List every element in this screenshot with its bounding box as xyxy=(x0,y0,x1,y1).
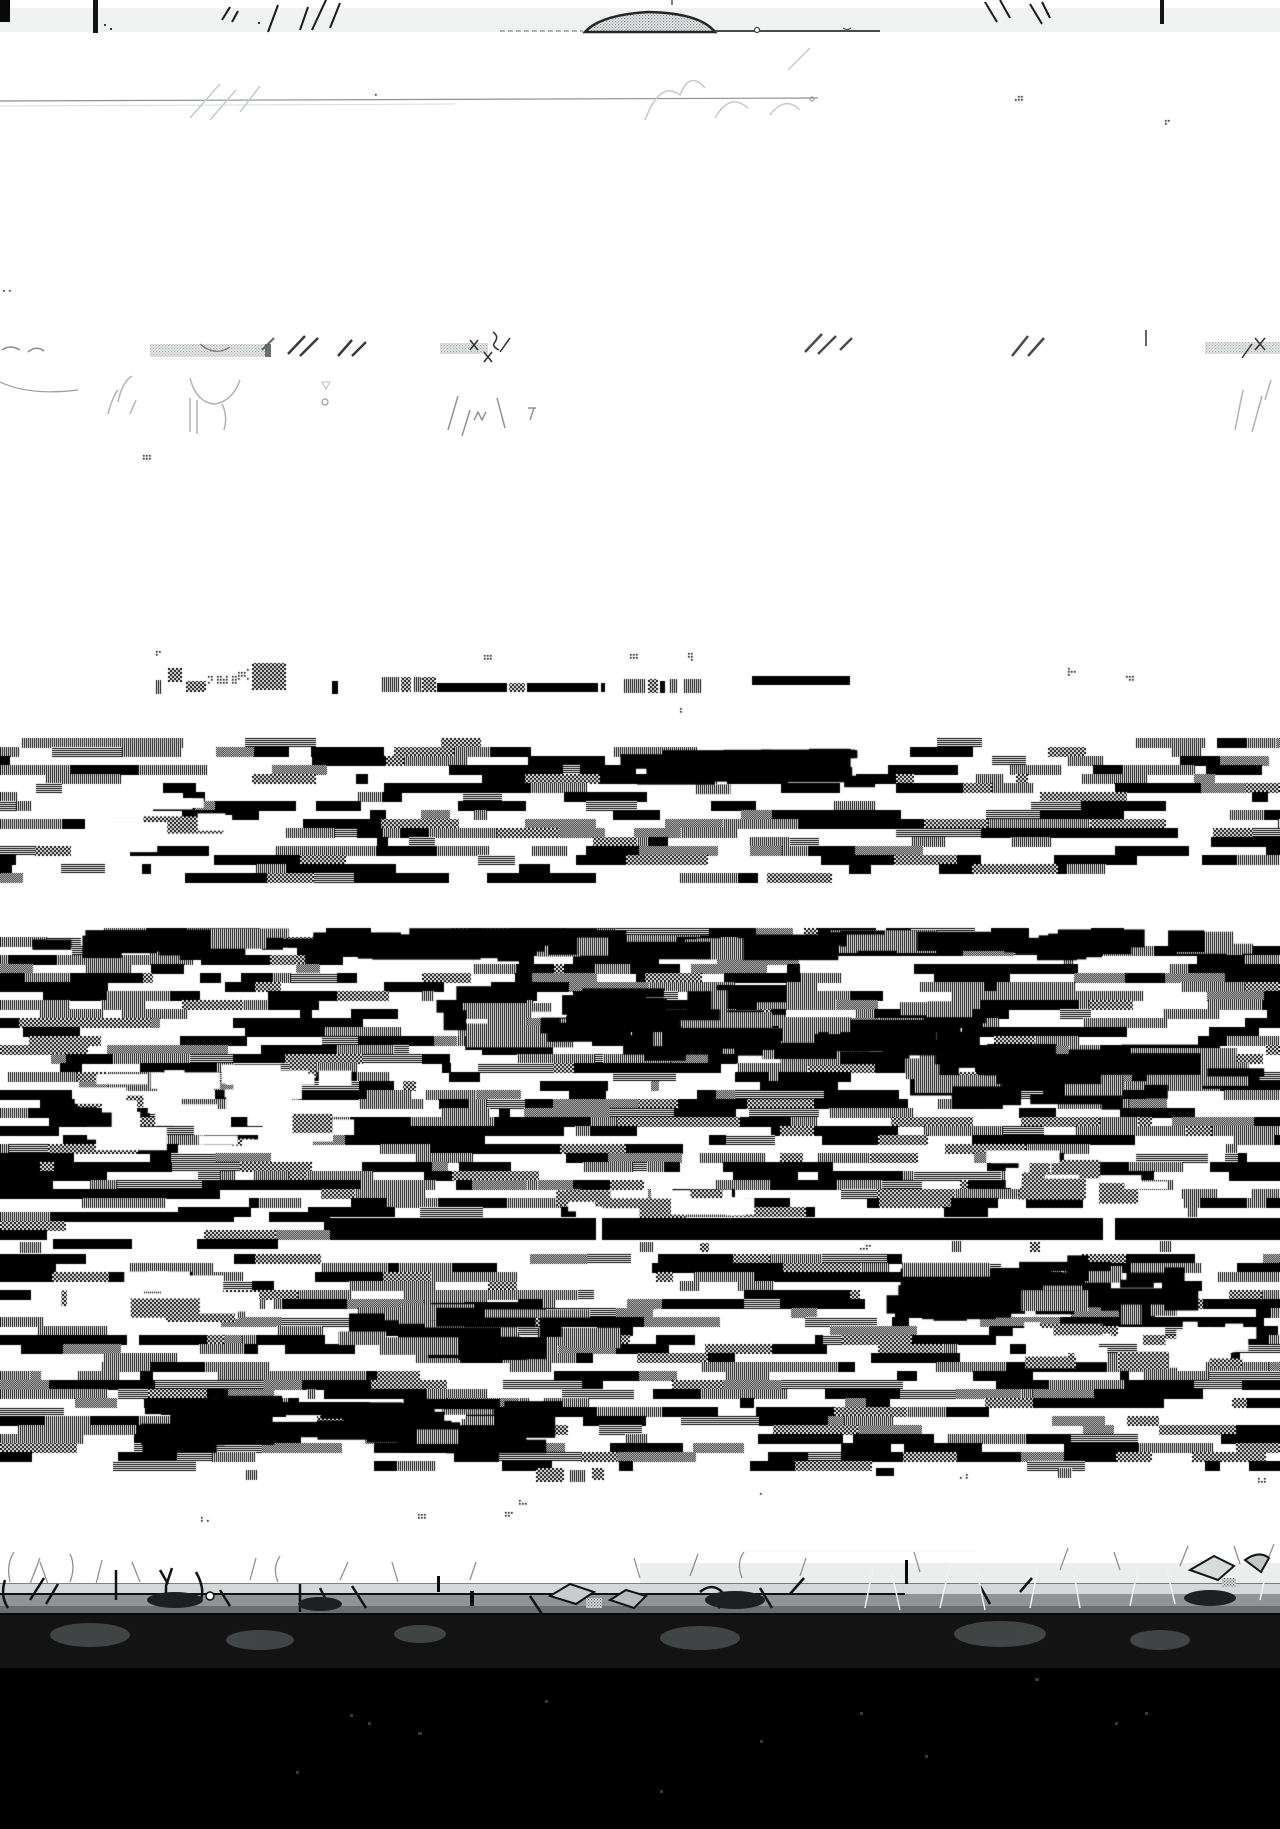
small-circle-mark xyxy=(206,1592,214,1600)
footer-specks xyxy=(296,1678,1148,1793)
corrupted-manga-page xyxy=(0,0,1280,1829)
gray-tone-bands xyxy=(0,1563,1280,1668)
bottom-panel-art xyxy=(0,1500,1280,1829)
